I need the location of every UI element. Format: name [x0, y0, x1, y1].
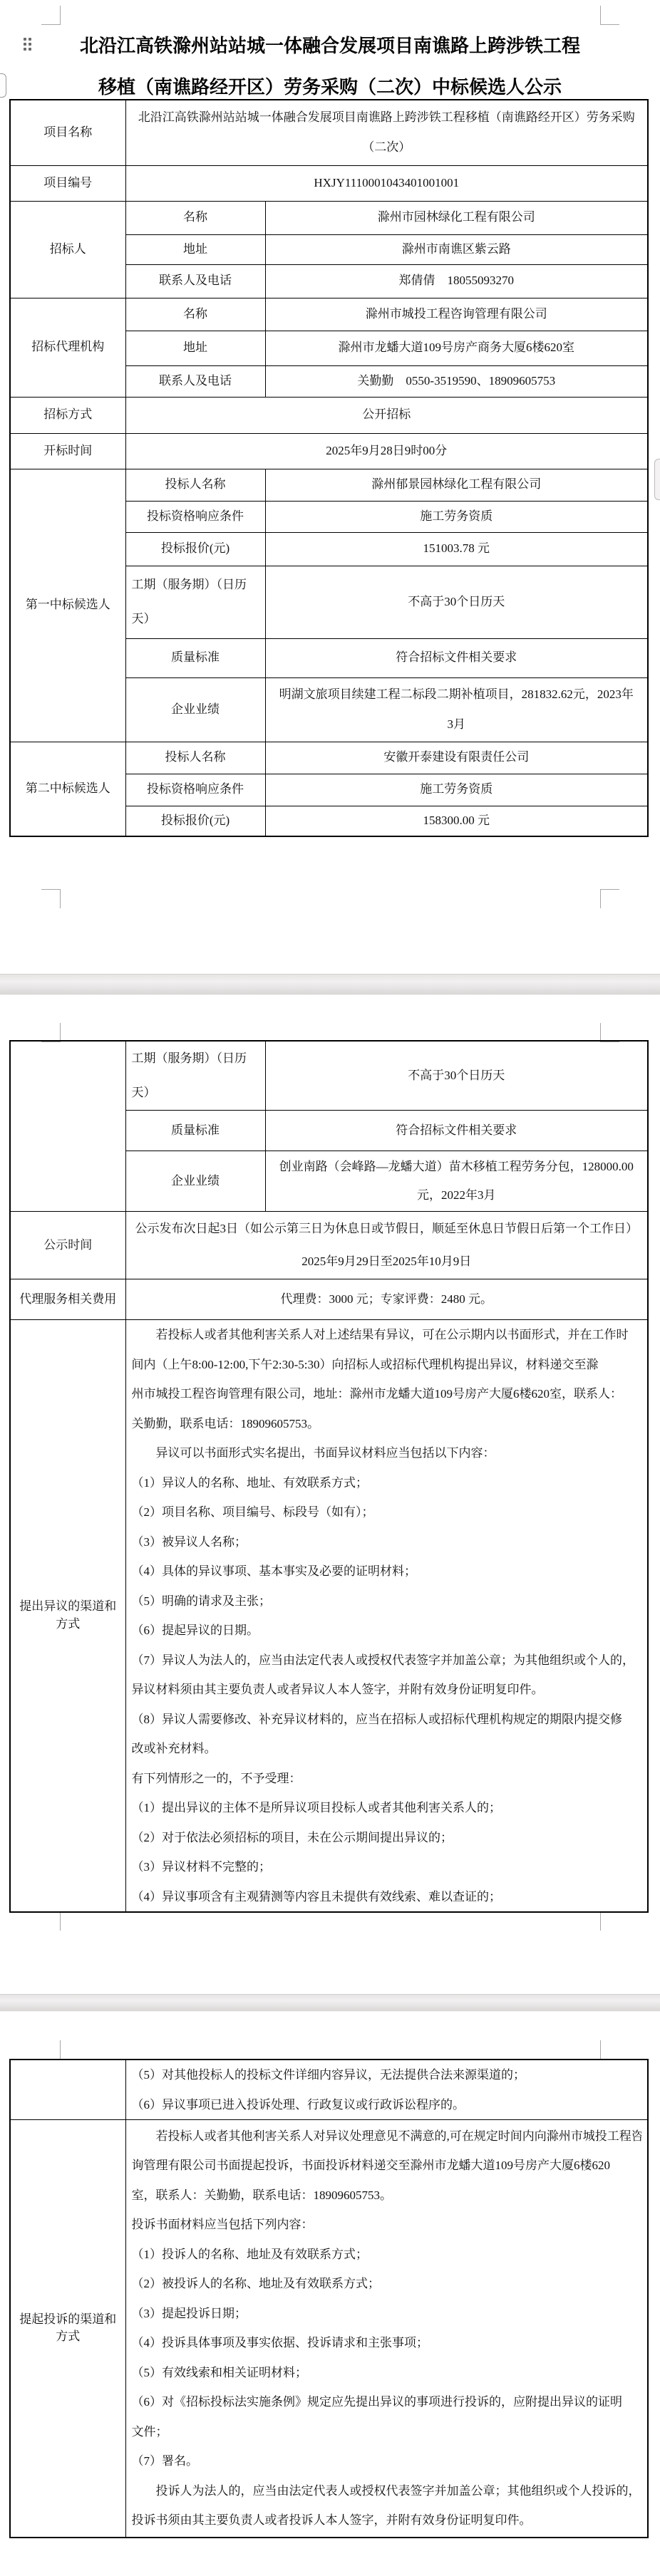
agency-name-value: 滁州市城投工程咨询管理有限公司	[265, 298, 648, 331]
tenderer-addr-value: 滁州市南谯区紫云路	[265, 234, 648, 264]
page2-margin-mark-top-right	[600, 1023, 619, 1042]
complaint-channel-label: 提起投诉的渠道和方式	[10, 2120, 125, 2538]
tenderer-addr-label: 地址	[125, 234, 265, 264]
second-candidate-cont-spacer	[10, 1041, 125, 1212]
page-break-gap-2	[0, 1994, 660, 2012]
first-duration-value: 不高于30个日历天	[265, 566, 648, 638]
second-performance-value: 创业南路（会峰路—龙蟠大道）苗木移植工程劳务分包，128000.00元，2022…	[265, 1151, 648, 1212]
first-candidate-group-label: 第一中标候选人	[10, 469, 125, 742]
first-quality-label: 质量标准	[125, 638, 265, 677]
page3-table: （5）对其他投标人的投标文件详细内容异议，无法提供合法来源渠道的；（6）异议事项…	[9, 2059, 649, 2538]
page1-margin-mark-top-left	[41, 6, 61, 25]
publicity-time-label: 公示时间	[10, 1212, 125, 1279]
tenderer-name-value: 滁州市园林绿化工程有限公司	[265, 201, 648, 234]
agency-contact-label: 联系人及电话	[125, 365, 265, 397]
second-performance-label: 企业业绩	[125, 1151, 265, 1212]
agency-contact-value: 关勤勤 0550-3519590、18909605753	[265, 365, 648, 397]
agency-addr-value: 滁州市龙蟠大道109号房产商务大厦6楼620室	[265, 331, 648, 365]
agency-name-label: 名称	[125, 298, 265, 331]
project-no-label: 项目编号	[10, 165, 125, 201]
right-collapsed-tab[interactable]	[654, 459, 660, 500]
page2-table: 工期（服务期）（日历天） 不高于30个日历天 质量标准 符合招标文件相关要求 企…	[9, 1040, 649, 1913]
page-break-gap-1	[0, 974, 660, 995]
page2-margin-mark-bottom-right	[600, 1911, 619, 1931]
page1-margin-mark-bottom-right	[600, 889, 619, 908]
method-value: 公开招标	[125, 397, 648, 433]
first-price-value: 151003.78 元	[265, 532, 648, 566]
first-qual-label: 投标资格响应条件	[125, 501, 265, 532]
complaint-channel-text: 若投标人或者其他利害关系人对异议处理意见不满意的,可在规定时间内向滁州市城投工程…	[125, 2120, 648, 2538]
objection-channel-text-continued: （5）对其他投标人的投标文件详细内容异议，无法提供合法来源渠道的；（6）异议事项…	[125, 2060, 648, 2120]
first-qual-value: 施工劳务资质	[265, 501, 648, 532]
first-duration-label: 工期（服务期）（日历天）	[125, 566, 265, 638]
page1-margin-mark-top-right	[600, 6, 619, 25]
agency-fee-value: 代理费：3000 元；专家评费：2480 元。	[125, 1279, 648, 1320]
agency-addr-label: 地址	[125, 331, 265, 365]
page2-margin-mark-top-left	[41, 1023, 61, 1042]
tenderer-contact-label: 联系人及电话	[125, 264, 265, 298]
page1-table: 项目名称 北沿江高铁滁州站站城一体融合发展项目南谯路上跨涉铁工程移植（南谯路经开…	[9, 99, 649, 837]
first-quality-value: 符合招标文件相关要求	[265, 638, 648, 677]
objection-channel-label: 提出异议的渠道和方式	[10, 1320, 125, 1913]
document-canvas: 北沿江高铁滁州站站城一体融合发展项目南谯路上跨涉铁工程 移植（南谯路经开区）劳务…	[0, 0, 660, 2576]
page1-margin-mark-bottom-left	[41, 889, 61, 908]
second-quality-value: 符合招标文件相关要求	[265, 1111, 648, 1151]
objection-cont-spacer	[10, 2060, 125, 2120]
project-name-value: 北沿江高铁滁州站站城一体融合发展项目南谯路上跨涉铁工程移植（南谯路经开区）劳务采…	[125, 100, 648, 165]
page3-margin-mark-top-left	[41, 2040, 61, 2060]
tenderer-contact-value: 郑倩倩 18055093270	[265, 264, 648, 298]
first-price-label: 投标报价(元)	[125, 532, 265, 566]
second-bidder-value: 安徽开泰建设有限责任公司	[265, 742, 648, 774]
agency-group-label: 招标代理机构	[10, 298, 125, 397]
second-bidder-label: 投标人名称	[125, 742, 265, 774]
second-price-label: 投标报价(元)	[125, 806, 265, 836]
second-quality-label: 质量标准	[125, 1111, 265, 1151]
method-label: 招标方式	[10, 397, 125, 433]
second-duration-label: 工期（服务期）（日历天）	[125, 1041, 265, 1111]
open-time-value: 2025年9月28日9时00分	[125, 433, 648, 469]
project-name-label: 项目名称	[10, 100, 125, 165]
tenderer-group-label: 招标人	[10, 201, 125, 298]
first-performance-value: 明湖文旅项目续建工程二标段二期补植项目，281832.62元，2023年3月	[265, 677, 648, 742]
first-bidder-label: 投标人名称	[125, 469, 265, 501]
second-qual-value: 施工劳务资质	[265, 774, 648, 806]
objection-channel-text: 若投标人或者其他利害关系人对上述结果有异议，可在公示期内以书面形式，并在工作时间…	[125, 1320, 648, 1913]
project-no-value: HXJY1110001043401001001	[125, 165, 648, 201]
second-price-value: 158300.00 元	[265, 806, 648, 836]
document-title-line1: 北沿江高铁滁州站站城一体融合发展项目南谯路上跨涉铁工程	[0, 26, 660, 67]
document-title: 北沿江高铁滁州站站城一体融合发展项目南谯路上跨涉铁工程 移植（南谯路经开区）劳务…	[0, 26, 660, 108]
open-time-label: 开标时间	[10, 433, 125, 469]
agency-fee-label: 代理服务相关费用	[10, 1279, 125, 1320]
first-performance-label: 企业业绩	[125, 677, 265, 742]
publicity-time-value: 公示发布次日起3日（如公示第三日为休息日或节假日，顺延至休息日节假日后第一个工作…	[125, 1212, 648, 1279]
first-bidder-value: 滁州郁景园林绿化工程有限公司	[265, 469, 648, 501]
page3-margin-mark-top-right	[600, 2040, 619, 2060]
second-duration-value: 不高于30个日历天	[265, 1041, 648, 1111]
second-candidate-group-label: 第二中标候选人	[10, 742, 125, 836]
page2-margin-mark-bottom-left	[41, 1911, 61, 1931]
tenderer-name-label: 名称	[125, 201, 265, 234]
second-qual-label: 投标资格响应条件	[125, 774, 265, 806]
